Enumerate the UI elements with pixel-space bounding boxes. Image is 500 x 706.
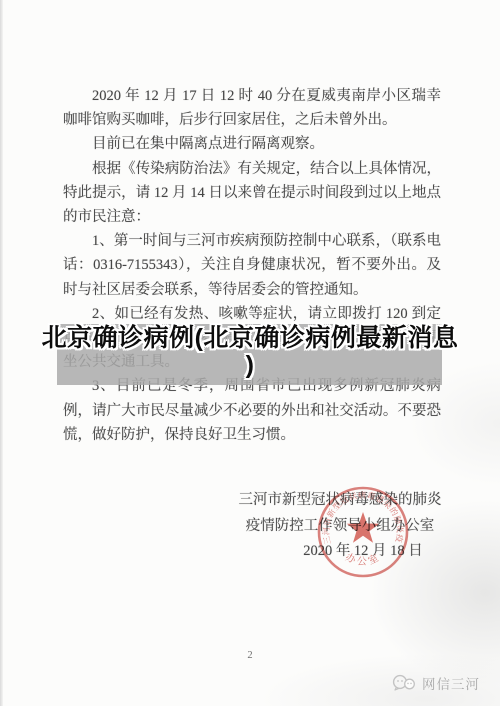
- watermark: 网信三河: [391, 673, 480, 693]
- chat-bubbles-icon: [391, 674, 417, 692]
- svg-text:办公室: 办公室: [343, 550, 383, 568]
- notice-paragraph: 3、目前已是冬季，周围省市已出现多例新冠肺炎病例，请广大市民尽量减少不必要的外出…: [63, 374, 441, 447]
- official-seal-icon: 三河市新型冠状病毒感染的肺炎疫情防控工作领导小组 办公室: [311, 480, 415, 584]
- page-left-edge: [0, 0, 3, 706]
- seal-bottom-text: 办公室: [343, 550, 383, 568]
- headline-title: 北京确诊病例(北京确诊病例最新消息 ): [10, 325, 490, 378]
- notice-paragraph: 根据《传染病防治法》有关规定，结合以上具体情况，特此提示，请 12 月 14 日…: [63, 157, 441, 230]
- seal-star-icon: [347, 512, 379, 543]
- notice-body: 2020 年 12 月 17 日 12 时 40 分在夏威夷南岸小区瑞幸咖啡馆购…: [63, 84, 441, 447]
- notice-paragraph: 2020 年 12 月 17 日 12 时 40 分在夏威夷南岸小区瑞幸咖啡馆购…: [63, 84, 441, 132]
- document-photo: 2020 年 12 月 17 日 12 时 40 分在夏威夷南岸小区瑞幸咖啡馆购…: [0, 0, 500, 706]
- headline-line-2: ): [10, 352, 490, 378]
- notice-paragraph: 1、第一时间与三河市疾病预防控制中心联系，（联系电话：0316-7155343）…: [63, 229, 441, 302]
- page-number: 2: [238, 650, 262, 661]
- watermark-text: 网信三河: [422, 673, 480, 693]
- headline-line-1: 北京确诊病例(北京确诊病例最新消息: [10, 325, 490, 351]
- notice-paragraph: 目前已在集中隔离点进行隔离观察。: [63, 132, 441, 156]
